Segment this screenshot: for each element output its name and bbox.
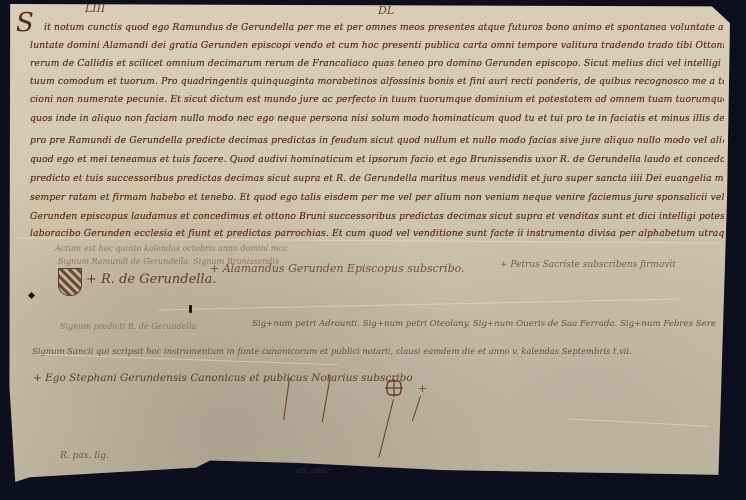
body-line: semper ratam et firmam habebo et tenebo.…	[30, 192, 724, 203]
body-line: cioni non numerate pecunie. Et sicut dic…	[30, 94, 724, 105]
body-line: predicto et tuis successoribus predictas…	[30, 173, 724, 184]
signature-gerundella: + R. de Gerundella.	[86, 272, 216, 287]
decorated-initial: S	[16, 10, 34, 36]
coat-of-arms-shield-icon	[58, 268, 82, 296]
bottom-note-center: an. and.	[296, 466, 329, 475]
body-line: quos inde in aliquo non faciam nullo mod…	[30, 113, 724, 124]
body-line: tuum comodum et tuorum. Pro quadringenti…	[30, 76, 724, 87]
body-line: luntate domini Alamandi dei gratia Gerun…	[30, 40, 724, 51]
crease	[158, 299, 678, 311]
date-line: Actum est hoc quinto kalendas octobris a…	[55, 244, 287, 253]
signature-bishop: + Alamandus Gerunden Episcopus subscribo…	[210, 262, 465, 275]
body-line: quod ego et mei teneamus et tuis facere.…	[30, 154, 724, 165]
cross-icon: +	[418, 382, 427, 395]
notarial-sign-icon	[384, 378, 404, 400]
witness-line: Sig+num petri Adrounti. Sig+num petri Ot…	[252, 319, 716, 329]
body-line: laboracibo Gerunden ecclesia et fiunt et…	[30, 228, 724, 239]
folio-mark-center: DL	[378, 4, 394, 17]
witness-line: Signum predicti R. de Gerundella	[60, 322, 196, 331]
body-line: rerum de Callidis et scilicet omnium dec…	[30, 58, 724, 69]
body-line: pro pre Ramundi de Gerundella predicte d…	[30, 135, 724, 146]
signature-sacristan: + Petrus Sacriste subscribens firmavit	[500, 260, 676, 270]
folio-mark-left: LIII	[85, 2, 105, 15]
body-line: Gerunden episcopus laudamus et concedimu…	[30, 211, 724, 222]
scribe-line: Signum Sancii qui scripsit hoc instrumen…	[32, 346, 632, 356]
bottom-note-left: R. pax. lig.	[60, 451, 109, 461]
notary-subscription: + Ego Stephani Gerundensis Canonicus et …	[33, 372, 413, 384]
crease	[568, 418, 708, 426]
body-line: it notum cunctis quod ego Ramundus de Ge…	[44, 22, 724, 33]
punch-hole	[189, 305, 192, 313]
